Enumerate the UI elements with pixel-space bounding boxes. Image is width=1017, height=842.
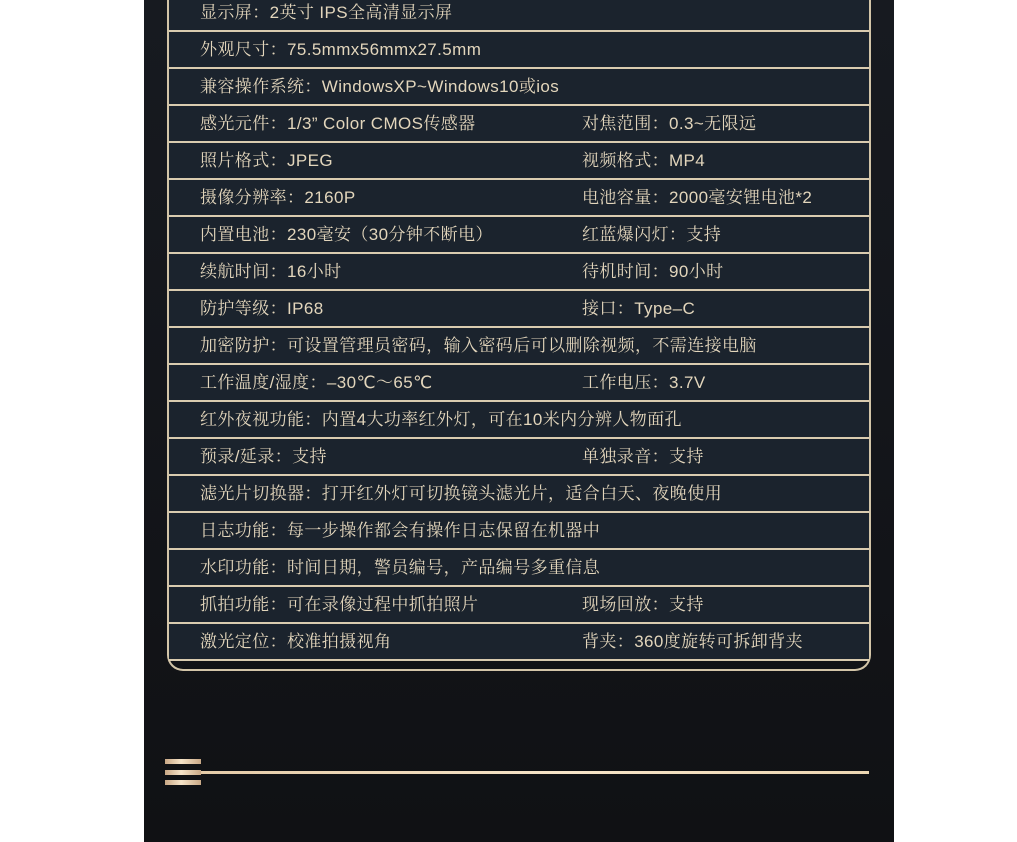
spec-row: 摄像分辨率：2160P电池容量：2000毫安锂电池*2: [169, 180, 869, 217]
spec-row: 红外夜视功能：内置4大功率红外灯，可在10米内分辨人物面孔: [169, 402, 869, 439]
spec-cell: 接口：Type–C: [582, 291, 695, 326]
spec-row: 工作温度/湿度：–30℃～65℃工作电压：3.7V: [169, 365, 869, 402]
product-spec-panel: 显示屏：2英寸 IPS全高清显示屏外观尺寸：75.5mmx56mmx27.5mm…: [144, 0, 894, 842]
spec-cell: 显示屏：2英寸 IPS全高清显示屏: [200, 0, 452, 30]
spec-row: 照片格式：JPEG视频格式：MP4: [169, 143, 869, 180]
spec-cell: 防护等级：IP68: [200, 291, 324, 326]
spec-cell: 水印功能：时间日期，警员编号，产品编号多重信息: [200, 550, 600, 585]
spec-cell: 电池容量：2000毫安锂电池*2: [582, 180, 812, 215]
spec-cell: 预录/延录：支持: [200, 439, 327, 474]
spec-cell: 照片格式：JPEG: [200, 143, 333, 178]
spec-cell: 现场回放：支持: [582, 587, 704, 622]
spec-row: 外观尺寸：75.5mmx56mmx27.5mm: [169, 32, 869, 69]
spec-row: 感光元件：1/3” Color CMOS传感器对焦范围：0.3~无限远: [169, 106, 869, 143]
spec-cell: 对焦范围：0.3~无限远: [582, 106, 756, 141]
divider-bar-top: [165, 759, 201, 764]
divider-bar-middle: [165, 770, 201, 775]
spec-cell: 激光定位：校准拍摄视角: [200, 624, 391, 659]
spec-row: 日志功能：每一步操作都会有操作日志保留在机器中: [169, 513, 869, 550]
spec-cell: 续航时间：16小时: [200, 254, 342, 289]
spec-row: 预录/延录：支持单独录音：支持: [169, 439, 869, 476]
spec-row: 激光定位：校准拍摄视角背夹：360度旋转可拆卸背夹: [169, 624, 869, 661]
divider-line: [201, 771, 869, 774]
spec-cell: 摄像分辨率：2160P: [200, 180, 356, 215]
spec-row: 滤光片切换器：打开红外灯可切换镜头滤光片，适合白天、夜晚使用: [169, 476, 869, 513]
spec-cell: 待机时间：90小时: [582, 254, 724, 289]
spec-cell: 加密防护：可设置管理员密码，输入密码后可以删除视频，不需连接电脑: [200, 328, 757, 363]
spec-row: 抓拍功能：可在录像过程中抓拍照片现场回放：支持: [169, 587, 869, 624]
spec-cell: 工作电压：3.7V: [582, 365, 706, 400]
divider-bar-bottom: [165, 780, 201, 785]
spec-row: 加密防护：可设置管理员密码，输入密码后可以删除视频，不需连接电脑: [169, 328, 869, 365]
spec-cell: 感光元件：1/3” Color CMOS传感器: [200, 106, 476, 141]
spec-cell: 背夹：360度旋转可拆卸背夹: [582, 624, 803, 659]
spec-row: 续航时间：16小时待机时间：90小时: [169, 254, 869, 291]
spec-cell: 日志功能：每一步操作都会有操作日志保留在机器中: [200, 513, 600, 548]
spec-table: 显示屏：2英寸 IPS全高清显示屏外观尺寸：75.5mmx56mmx27.5mm…: [167, 0, 871, 671]
spec-cell: 视频格式：MP4: [582, 143, 705, 178]
spec-cell: 单独录音：支持: [582, 439, 704, 474]
spec-cell: 外观尺寸：75.5mmx56mmx27.5mm: [200, 32, 481, 67]
spec-cell: 红外夜视功能：内置4大功率红外灯，可在10米内分辨人物面孔: [200, 402, 682, 437]
spec-cell: 工作温度/湿度：–30℃～65℃: [200, 365, 433, 400]
spec-cell: 滤光片切换器：打开红外灯可切换镜头滤光片，适合白天、夜晚使用: [200, 476, 722, 511]
spec-cell: 抓拍功能：可在录像过程中抓拍照片: [200, 587, 478, 622]
spec-row: 兼容操作系统：WindowsXP~Windows10或ios: [169, 69, 869, 106]
spec-cell: 内置电池：230毫安（30分钟不断电）: [200, 217, 493, 252]
spec-cell: 兼容操作系统：WindowsXP~Windows10或ios: [200, 69, 559, 104]
spec-cell: 红蓝爆闪灯：支持: [582, 217, 721, 252]
spec-row: 防护等级：IP68接口：Type–C: [169, 291, 869, 328]
spec-row: 显示屏：2英寸 IPS全高清显示屏: [169, 0, 869, 32]
spec-row: 内置电池：230毫安（30分钟不断电）红蓝爆闪灯：支持: [169, 217, 869, 254]
spec-row: 水印功能：时间日期，警员编号，产品编号多重信息: [169, 550, 869, 587]
